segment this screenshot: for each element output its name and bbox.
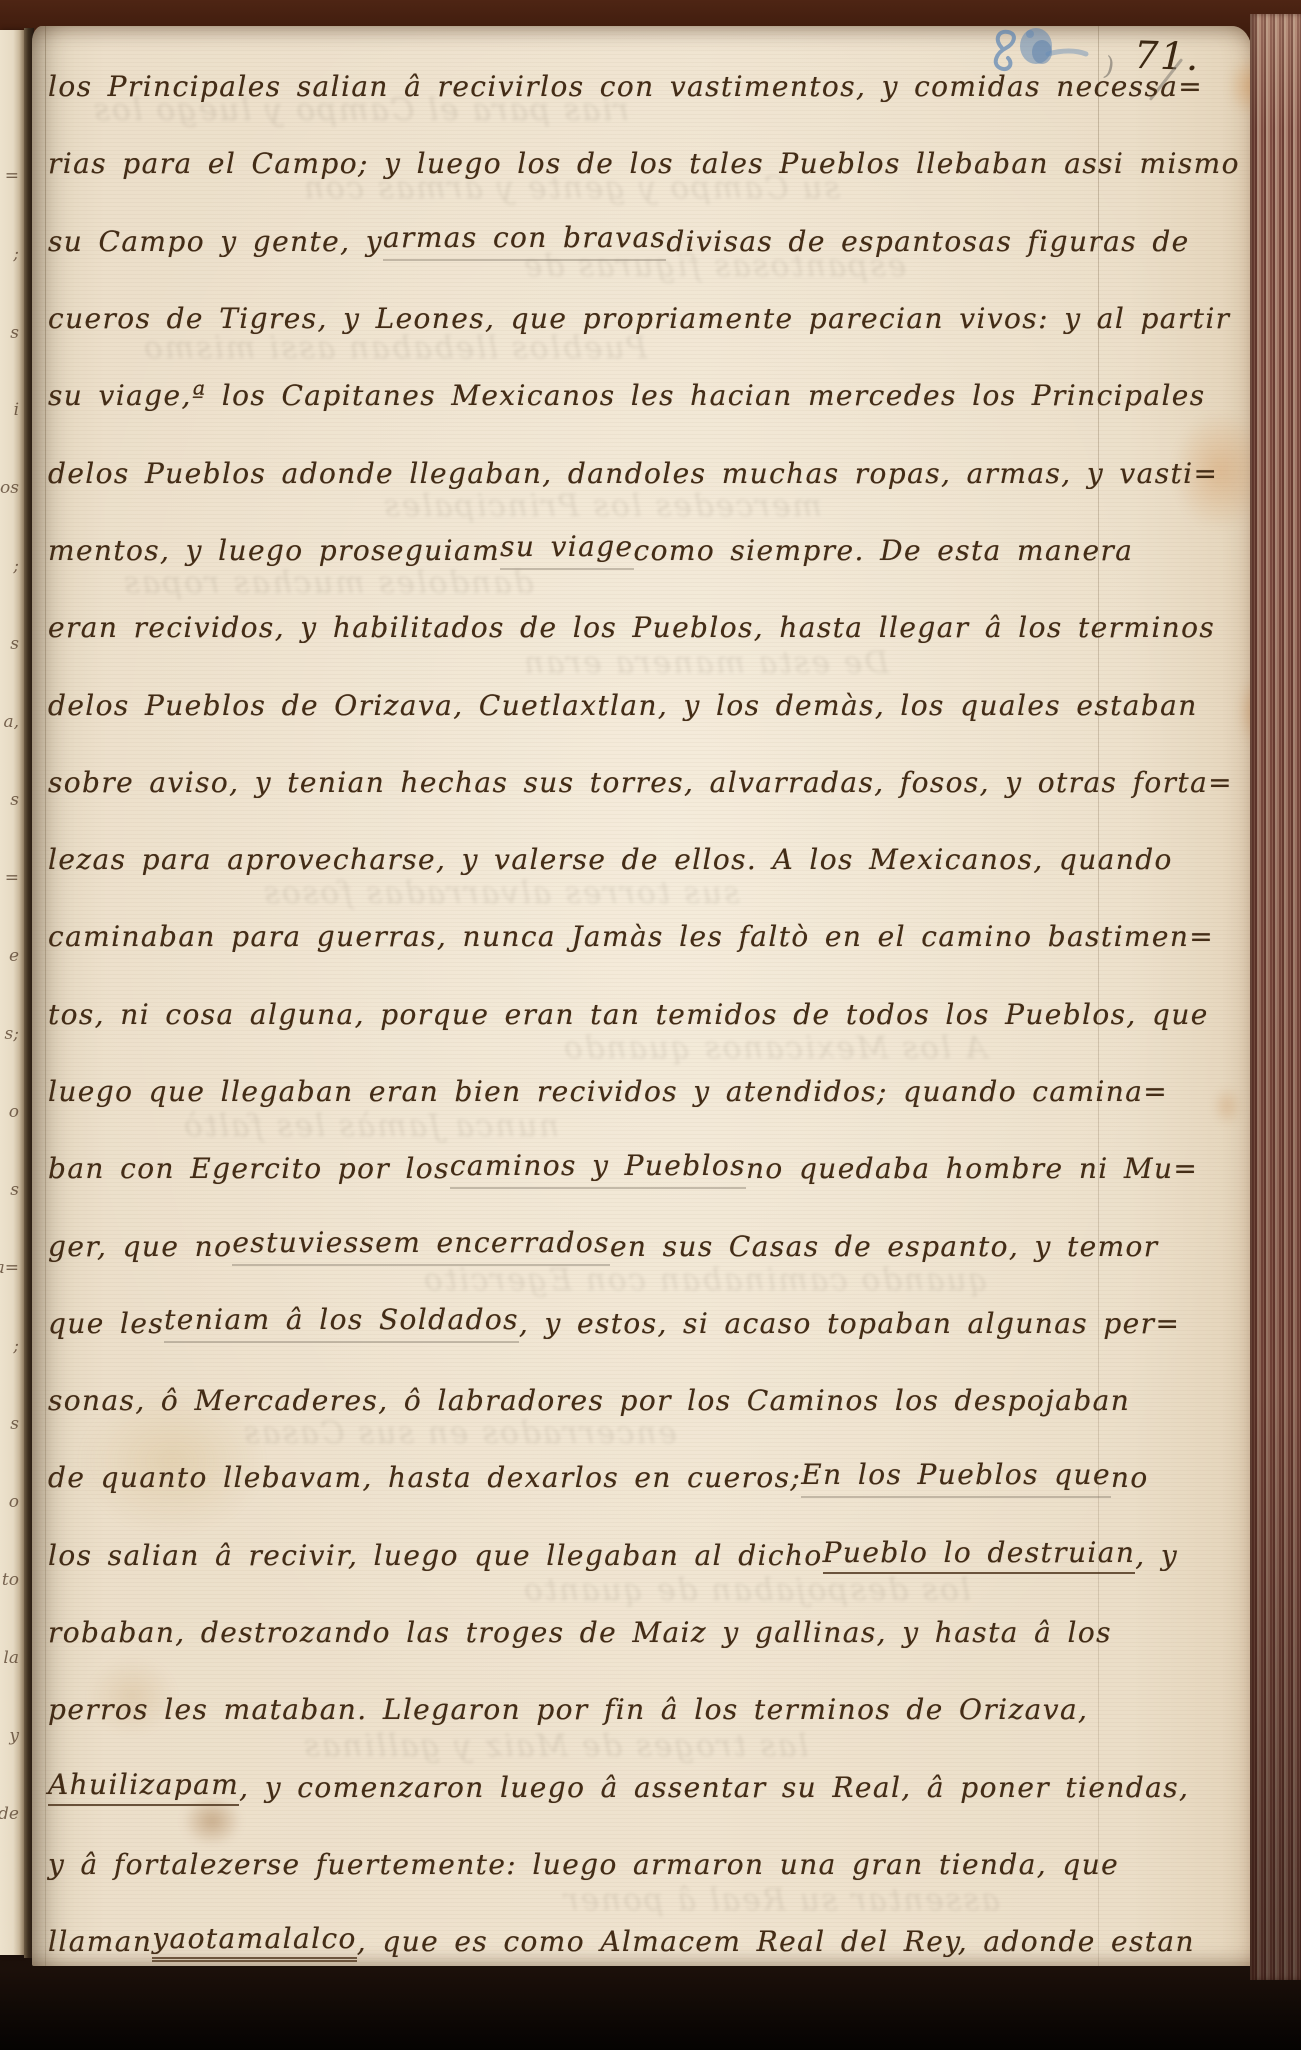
line-segment: , que es como Almacem Real del Rey, adon… [357, 1925, 1195, 1958]
manuscript-line: caminaban para guerras, nunca Jamàs les … [48, 898, 1233, 975]
manuscript-line: ger, que no estuviessem encerrados en su… [48, 1207, 1233, 1284]
line-segment: luego que llegaban eran bien recividos y… [48, 1075, 1168, 1108]
manuscript-line: sonas, ô Mercaderes, ô labradores por lo… [48, 1362, 1233, 1439]
manuscript-line: llaman yaotamalalco, que es como Almacem… [48, 1903, 1233, 1966]
line-segment: su Campo y gente, y [48, 225, 383, 258]
facing-page-fragment: s; [5, 1026, 19, 1043]
facing-page-fragment: o [9, 1494, 19, 1511]
underlined-phrase: Ahuilizapam [48, 1768, 239, 1806]
line-segment: , y [1135, 1539, 1178, 1572]
line-segment: rias para el Campo; y luego los de los t… [48, 147, 1240, 180]
manuscript-line: sobre aviso, y tenian hechas sus torres,… [48, 744, 1233, 821]
manuscript-line: y â fortalezerse fuertemente: luego arma… [48, 1826, 1233, 1903]
line-segment: de quanto llebavam, hasta dexarlos en cu… [48, 1461, 801, 1494]
manuscript-line: tos, ni cosa alguna, porque eran tan tem… [48, 976, 1233, 1053]
facing-page-fragment: ; [13, 246, 19, 263]
line-segment: sonas, ô Mercaderes, ô labradores por lo… [48, 1384, 1130, 1417]
facing-page-fragment: os [0, 480, 19, 497]
underlined-phrase: En los Pueblos que [801, 1458, 1111, 1498]
facing-page-fragment: ; [13, 1338, 19, 1355]
margin-rule-left [45, 26, 46, 1966]
line-segment: los salian â recivir, luego que llegaban… [48, 1539, 823, 1572]
facing-page-fragment: = [5, 870, 19, 887]
manuscript-line: lezas para aprovecharse, y valerse de el… [48, 821, 1233, 898]
manuscript-page: rias para el Campo y luego lossu Campo y… [32, 26, 1252, 1966]
facing-page-fragment: y [9, 1728, 19, 1745]
facing-page-fragment: s [10, 1182, 19, 1199]
line-segment: su viage,ª los Capitanes Mexicanos les h… [48, 379, 1206, 412]
manuscript-text-block: los Principales salian â recivirlos con … [48, 48, 1233, 1966]
facing-page-fragment: de [0, 1806, 19, 1823]
manuscript-line: cueros de Tigres, y Leones, que propriam… [48, 280, 1233, 357]
underlined-phrase: teniam â los Soldados [164, 1303, 519, 1343]
line-segment: cueros de Tigres, y Leones, que propriam… [48, 302, 1230, 335]
line-segment: lezas para aprovecharse, y valerse de el… [48, 843, 1173, 876]
facing-page-fragment: e [9, 948, 19, 965]
facing-page-fragment: i [14, 402, 19, 419]
line-segment: caminaban para guerras, nunca Jamàs les … [48, 920, 1214, 953]
line-segment: eran recividos, y habilitados de los Pue… [48, 611, 1215, 644]
line-segment: los Principales salian â recivirlos con … [48, 70, 1203, 103]
facing-page-fragment: s [10, 636, 19, 653]
manuscript-line: que les teniam â los Soldados, y estos, … [48, 1285, 1233, 1362]
facing-page-sliver: =;sios;sa,s=es;osa=;sotolayde [0, 30, 24, 1955]
manuscript-line: su Campo y gente, y armas con bravas div… [48, 203, 1233, 280]
facing-page-fragment: ; [13, 558, 19, 575]
line-segment: mentos, y luego proseguiam [48, 534, 500, 567]
line-segment: divisas de espantosas figuras de [666, 225, 1189, 258]
line-segment: y â fortalezerse fuertemente: luego arma… [48, 1848, 1119, 1881]
underlined-phrase: yaotamalalco [152, 1922, 357, 1962]
underlined-phrase: su viage [500, 530, 633, 570]
line-segment: perros les mataban. Llegaron por fin â l… [48, 1693, 1088, 1726]
facing-page-fragment: la [3, 1650, 19, 1667]
line-segment: , y estos, si acaso topaban algunas per= [519, 1307, 1180, 1340]
manuscript-line: Ahuilizapam, y comenzaron luego â assent… [48, 1749, 1233, 1826]
manuscript-line: rias para el Campo; y luego los de los t… [48, 125, 1233, 202]
fore-edge-page-stack [1250, 14, 1301, 1980]
facing-page-fragment: s [10, 1416, 19, 1433]
facing-page-fragment: = [5, 168, 19, 185]
line-segment: delos Pueblos de Orizava, Cuetlaxtlan, y… [48, 689, 1198, 722]
manuscript-line: perros les mataban. Llegaron por fin â l… [48, 1671, 1233, 1748]
line-segment: que les [48, 1307, 164, 1340]
underlined-phrase: Pueblo lo destruian [823, 1536, 1136, 1574]
manuscript-line: luego que llegaban eran bien recividos y… [48, 1053, 1233, 1130]
facing-page-fragment: a, [3, 714, 19, 731]
underlined-phrase: caminos y Pueblos [450, 1149, 746, 1189]
line-segment: en sus Casas de espanto, y temor [610, 1230, 1159, 1263]
line-segment: ban con Egercito por los [48, 1152, 450, 1185]
line-segment: delos Pueblos adonde llegaban, dandoles … [48, 457, 1218, 490]
line-segment: como siempre. De esta manera [634, 534, 1134, 567]
facing-page-fragment: o [9, 1104, 19, 1121]
line-segment: sobre aviso, y tenian hechas sus torres,… [48, 766, 1233, 799]
manuscript-line: mentos, y luego proseguiam su viage como… [48, 512, 1233, 589]
line-segment: , y comenzaron luego â assentar su Real,… [239, 1771, 1189, 1804]
manuscript-line: eran recividos, y habilitados de los Pue… [48, 589, 1233, 666]
facing-page-fragment: to [2, 1572, 19, 1589]
manuscript-scan: =;sios;sa,s=es;osa=;sotolayde rias para … [0, 0, 1301, 2050]
underlined-phrase: estuviessem encerrados [232, 1226, 610, 1266]
facing-page-fragment: a= [0, 1260, 19, 1277]
manuscript-line: de quanto llebavam, hasta dexarlos en cu… [48, 1439, 1233, 1516]
manuscript-line: robaban, destrozando las troges de Maiz … [48, 1594, 1233, 1671]
manuscript-line: los salian â recivir, luego que llegaban… [48, 1517, 1233, 1594]
line-segment: no [1111, 1461, 1149, 1494]
line-segment: ger, que no [48, 1230, 232, 1263]
line-segment: llaman [48, 1925, 152, 1958]
line-segment: tos, ni cosa alguna, porque eran tan tem… [48, 998, 1209, 1031]
line-segment: robaban, destrozando las troges de Maiz … [48, 1616, 1112, 1649]
manuscript-line: delos Pueblos de Orizava, Cuetlaxtlan, y… [48, 666, 1233, 743]
manuscript-line: su viage,ª los Capitanes Mexicanos les h… [48, 357, 1233, 434]
facing-page-fragment: s [10, 792, 19, 809]
facing-page-fragment: s [10, 325, 19, 342]
manuscript-line: ban con Egercito por los caminos y Puebl… [48, 1130, 1233, 1207]
line-segment: no quedaba hombre ni Mu= [746, 1152, 1198, 1185]
manuscript-line: los Principales salian â recivirlos con … [48, 48, 1233, 125]
underlined-phrase: armas con bravas [383, 221, 666, 261]
manuscript-line: delos Pueblos adonde llegaban, dandoles … [48, 434, 1233, 511]
